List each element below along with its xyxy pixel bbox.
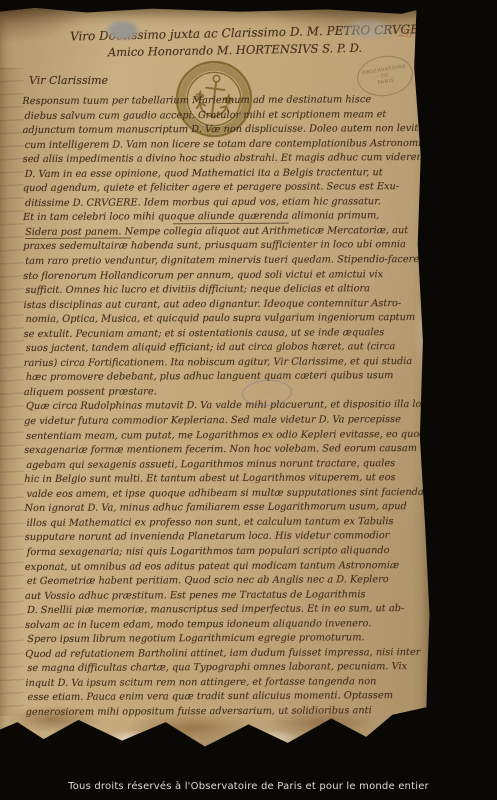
torn-bottom-edge <box>0 696 436 748</box>
salutation: Vir Clarissime <box>29 74 108 87</box>
folio-number: 28 <box>398 26 413 40</box>
verso-text-bleedthrough <box>0 68 24 716</box>
damage-patch <box>104 19 142 42</box>
faint-blue-stamp-mark: ○ <box>265 390 270 395</box>
photo-background: { "photo": { "background_color": "#0a080… <box>0 0 497 800</box>
oval-stamp-line: PARIS <box>377 78 394 87</box>
damage-patch <box>340 17 396 41</box>
caption-bar: Tous droits réservés à l'Observatoire de… <box>0 772 497 800</box>
copyright-caption: Tous droits réservés à l'Observatoire de… <box>68 781 429 792</box>
manuscript-page: Viro Doctissimo juxta ac Clarissimo D. M… <box>0 8 436 748</box>
manuscript-body: Responsum tuum per tabellarium Mariennum… <box>22 93 429 721</box>
address-heading-line-2: Amico Honorando M. HORTENSIVS S. P. D. <box>95 41 375 60</box>
